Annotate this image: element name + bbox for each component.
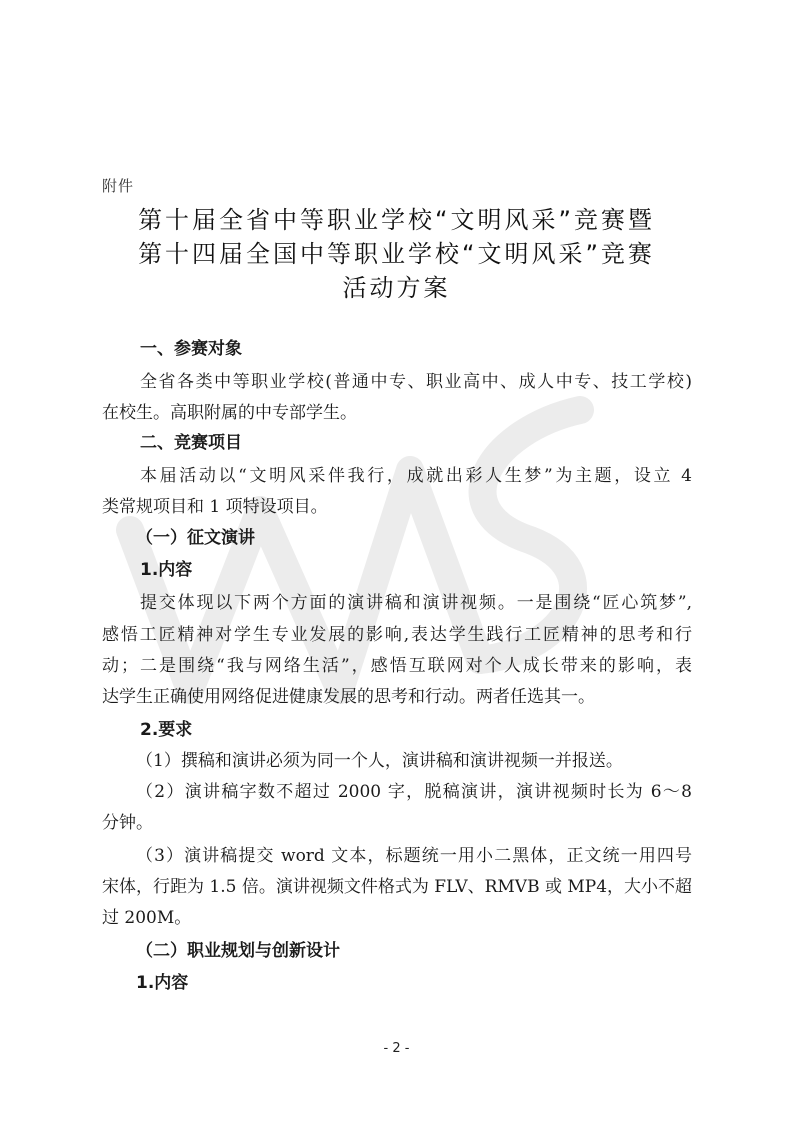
paragraph-line: 在校生。高职附属的中专部学生。 — [102, 402, 692, 424]
requirement-item-3-cont: 过 200M。 — [102, 907, 692, 929]
paragraph-line: 全省各类中等职业学校(普通中专、职业高中、成人中专、技工学校) — [140, 371, 692, 393]
requirement-item-3: （3）演讲稿提交 word 文本，标题统一用小二黑体，正文统一用四号 — [136, 845, 692, 867]
page-number: - 2 - — [0, 1041, 793, 1056]
subsection-heading-career-planning: （二）职业规划与创新设计 — [136, 940, 726, 962]
document-page: 附件 第十届全省中等职业学校“文明风采”竞赛暨 第十四届全国中等职业学校“文明风… — [0, 0, 793, 1122]
content-heading: 1.内容 — [140, 559, 730, 581]
requirement-item-2-cont: 分钟。 — [102, 812, 692, 834]
document-title-line-3: 活动方案 — [0, 268, 793, 303]
paragraph-line: 达学生正确使用网络促进健康发展的思考和行动。两者任选其一。 — [102, 686, 692, 708]
section-heading-events: 二、竞赛项目 — [140, 432, 730, 454]
requirement-item-3-cont: 宋体，行距为 1.5 倍。演讲视频文件格式为 FLV、RMVB 或 MP4，大小… — [102, 876, 692, 898]
paragraph-line: 提交体现以下两个方面的演讲稿和演讲视频。一是围绕“匠心筑梦”, — [140, 592, 692, 614]
requirement-item-2: （2）演讲稿字数不超过 2000 字，脱稿演讲，演讲视频时长为 6～8 — [136, 781, 692, 803]
requirement-item-1: （1）撰稿和演讲必须为同一个人，演讲稿和演讲视频一并报送。 — [136, 750, 726, 772]
paragraph-line: 本届活动以“文明风采伴我行，成就出彩人生梦”为主题，设立 4 — [140, 465, 692, 487]
attachment-label: 附件 — [102, 175, 134, 196]
content-heading: 1.内容 — [136, 972, 726, 994]
paragraph-line: 动；二是围绕“我与网络生活”，感悟互联网对个人成长带来的影响，表 — [102, 655, 692, 677]
paragraph-line: 感悟工匠精神对学生专业发展的影响,表达学生践行工匠精神的思考和行 — [102, 624, 692, 646]
document-title-line-2: 第十四届全国中等职业学校“文明风采”竞赛 — [0, 234, 793, 269]
document-title-line-1: 第十届全省中等职业学校“文明风采”竞赛暨 — [0, 200, 793, 235]
paragraph-line: 类常规项目和 1 项特设项目。 — [102, 496, 692, 518]
subsection-heading-essay-speech: （一）征文演讲 — [136, 527, 726, 549]
requirements-heading: 2.要求 — [140, 719, 730, 741]
section-heading-participants: 一、参赛对象 — [140, 338, 730, 360]
